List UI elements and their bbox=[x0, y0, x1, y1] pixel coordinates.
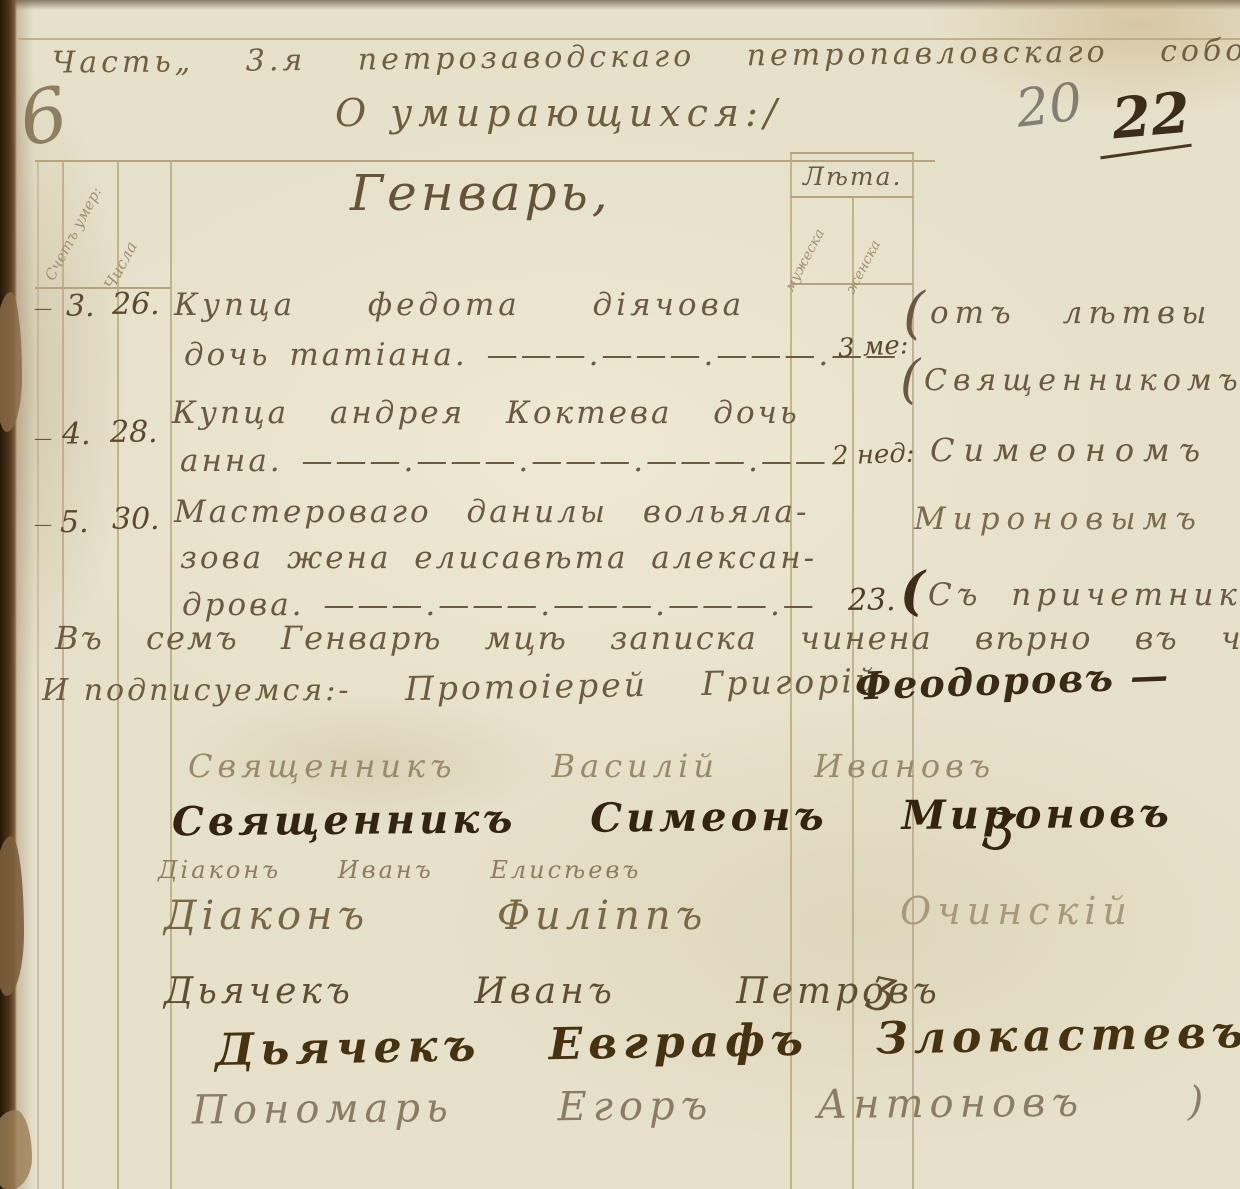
attestation-line-1: Въ семъ Генварѣ мцѣ записка чинена вѣрно… bbox=[55, 622, 1240, 654]
signature-ponomar-egor: Пономарь Егоръ Антоновъ ) bbox=[192, 1082, 1210, 1131]
signature-sexton-ivan: Дьячекъ Иванъ Петровъ bbox=[164, 974, 941, 1010]
count-column-header: Счетъ умер: bbox=[43, 185, 105, 283]
page-number-pencil: 20 bbox=[1013, 76, 1085, 136]
signature-deacon-filipp: Діаконъ Филіппъ bbox=[164, 896, 707, 936]
page-number-ink: 22 bbox=[1110, 85, 1193, 148]
signature-deacon-ivan: Діаконъ Иванъ Елисѣевъ bbox=[158, 858, 641, 882]
row3-entry-line1: Мастероваго данилы вольяла- bbox=[174, 497, 809, 528]
row2-entry-line1: Купца андрея Коктева дочь bbox=[172, 398, 800, 429]
row1-age-value: 3 ме: bbox=[837, 332, 909, 362]
signature-deacon-filipp-surname: Очинскій bbox=[900, 892, 1133, 930]
row2-age-value: 2 нед: bbox=[832, 441, 915, 470]
paper-tear-middle bbox=[0, 836, 24, 996]
cause-brace-2: ( bbox=[900, 354, 920, 406]
row2-record-number: 4. bbox=[62, 420, 91, 450]
cause-brace-3: ( bbox=[900, 566, 925, 618]
row1-record-number: 3. bbox=[66, 292, 95, 322]
signature-priest-simeon: Священникъ Симеонъ Мироновъ bbox=[172, 794, 1173, 843]
cause-line-4: Мироновымъ bbox=[914, 504, 1203, 535]
row1-entry-line2: дочь татіана. ———.———.———.—— bbox=[184, 340, 899, 371]
protopriest-signature: Феодоровъ — bbox=[854, 657, 1170, 706]
row3-age-value: 23. bbox=[848, 586, 896, 616]
cause-line-2: Священникомъ bbox=[924, 366, 1240, 396]
signature-sexton-evgraf: Дьячекъ Евграфъ Злокастевъ bbox=[215, 1011, 1240, 1073]
cause-brace-1: ( bbox=[903, 286, 925, 342]
page-title: Часть„ 3.я петрозаводскаго петропавловск… bbox=[52, 35, 1240, 78]
row1-entry-line1: Купца федота діячова bbox=[174, 290, 745, 321]
age-female-subheader: женска bbox=[844, 238, 884, 296]
attestation-line-2: И подписуемся:- bbox=[42, 676, 351, 706]
row3-entry-line3: дрова. ———.———.———.———.— bbox=[182, 590, 817, 621]
cause-line-1: отъ лѣтвы — bbox=[930, 298, 1240, 329]
row2-margin-mark: — bbox=[34, 430, 52, 448]
age-box-top-line bbox=[790, 152, 914, 154]
day-column-header: Числа bbox=[102, 239, 140, 292]
month-header: Генварь, bbox=[350, 168, 612, 218]
register-page: Часть„ 3.я петрозаводскаго петропавловск… bbox=[0, 0, 1240, 1189]
cause-line-5: Съ причетниками bbox=[928, 580, 1240, 611]
row2-day-number: 28. bbox=[110, 418, 158, 448]
row3-entry-line2: зова жена елисавѣта алексан- bbox=[180, 543, 817, 574]
row1-day-number: 26. bbox=[112, 290, 160, 320]
paper-tear-bottom bbox=[0, 1110, 32, 1189]
signature-priest-vasiliy: Священникъ Василій Ивановъ bbox=[188, 750, 995, 782]
signature-flourish-1: ʒ bbox=[983, 794, 1019, 850]
book-spine-edge bbox=[0, 0, 17, 1189]
margin-flourish: 6 bbox=[14, 76, 73, 157]
row3-margin-mark: — bbox=[34, 516, 52, 534]
age-column-header: Лѣта. bbox=[803, 164, 902, 189]
row1-margin-mark: — bbox=[34, 300, 52, 318]
protopriest-name: Протоіерей Григорій bbox=[405, 664, 880, 705]
page-subtitle: О умирающихся:/ bbox=[335, 94, 783, 132]
row3-day-number: 30. bbox=[112, 505, 160, 535]
paper-tear-top bbox=[0, 292, 22, 432]
cause-line-3: Симеономъ bbox=[930, 434, 1209, 466]
row3-record-number: 5. bbox=[60, 508, 89, 538]
row2-entry-line2: анна. ———.———.———.———.—— bbox=[180, 446, 829, 477]
